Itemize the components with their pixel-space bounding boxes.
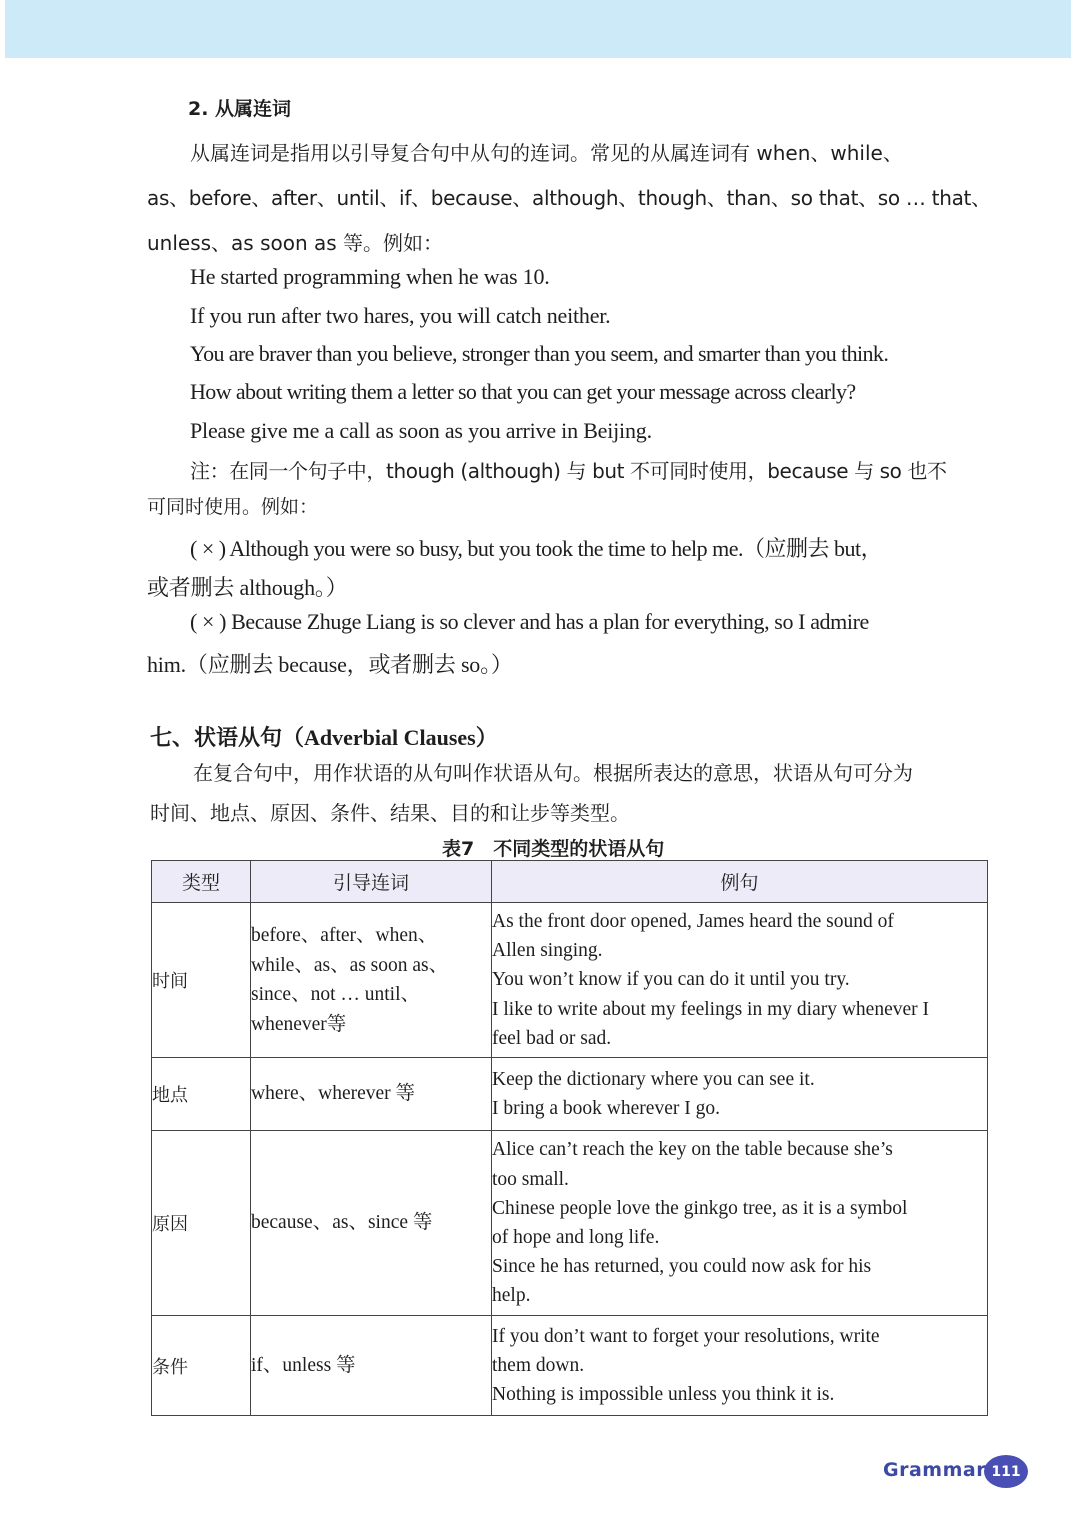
conjunction-line: since、not … until、 (251, 980, 491, 1010)
example-line: help. (492, 1281, 987, 1310)
example-sentence: If you run after two hares, you will cat… (190, 303, 611, 329)
table-header-row: 类型 引导连词 例句 (152, 861, 988, 903)
intro-line: unless、as soon as 等。例如： (147, 227, 443, 256)
example-sentence: Please give me a call as soon as you arr… (190, 418, 652, 444)
column-header-conjunctions: 引导连词 (251, 861, 492, 903)
table-row: 原因 because、as、since 等 Alice can’t reach … (152, 1131, 988, 1316)
examples-cell: Alice can’t reach the key on the table b… (492, 1131, 988, 1316)
intro-line: as、before、after、until、if、because、althoug… (147, 182, 991, 211)
example-sentence: How about writing them a letter so that … (190, 379, 856, 405)
conjunctions-cell: if、unless 等 (251, 1316, 492, 1416)
example-line: too small. (492, 1165, 987, 1194)
conjunctions-cell: where、wherever 等 (251, 1058, 492, 1131)
note-line: 可同时使用。例如： (147, 492, 318, 519)
example-line: Keep the dictionary where you can see it… (492, 1065, 987, 1094)
table-caption: 表7 不同类型的状语从句 (442, 834, 664, 861)
wrong-example-line: ( × ) Because Zhuge Liang is so clever a… (190, 609, 869, 635)
conjunctions-cell: before、after、when、 while、as、as soon as、 … (251, 903, 492, 1058)
intro-line: 在复合句中，用作状语的从句叫作状语从句。根据所表达的意思，状语从句可分为 (193, 757, 913, 786)
wrong-example-line: him.（应删去 because，或者删去 so。） (147, 648, 513, 679)
conjunction-line: before、after、when、 (251, 921, 491, 951)
examples-cell: Keep the dictionary where you can see it… (492, 1058, 988, 1131)
footer-section-label: Grammar (883, 1459, 986, 1481)
column-header-examples: 例句 (492, 861, 988, 903)
header-band (5, 0, 1071, 58)
example-line: I like to write about my feelings in my … (492, 995, 987, 1024)
conjunctions-cell: because、as、since 等 (251, 1131, 492, 1316)
adverbial-clauses-table: 类型 引导连词 例句 时间 before、after、when、 while、a… (151, 860, 988, 1416)
intro-line: 从属连词是指用以引导复合句中从句的连词。常见的从属连词有 when、while、 (190, 137, 903, 166)
example-line: them down. (492, 1351, 987, 1380)
intro-line: 时间、地点、原因、条件、结果、目的和让步等类型。 (150, 797, 630, 826)
section-title-subordinating-conjunctions: 2. 从属连词 (188, 94, 291, 121)
type-cell: 地点 (152, 1058, 251, 1131)
example-line: I bring a book wherever I go. (492, 1094, 987, 1123)
conjunction-line: whenever等 (251, 1010, 491, 1040)
conjunction-line: where、wherever 等 (251, 1079, 491, 1109)
example-line: Alice can’t reach the key on the table b… (492, 1135, 987, 1164)
example-line: Chinese people love the ginkgo tree, as … (492, 1194, 987, 1223)
examples-cell: If you don’t want to forget your resolut… (492, 1316, 988, 1416)
page-number-badge: 111 (984, 1455, 1028, 1488)
section-title-adverbial-clauses: 七、状语从句（Adverbial Clauses） (150, 721, 498, 752)
conjunction-line: while、as、as soon as、 (251, 951, 491, 981)
example-sentence: He started programming when he was 10. (190, 264, 550, 290)
type-cell: 原因 (152, 1131, 251, 1316)
example-line: Nothing is impossible unless you think i… (492, 1380, 987, 1409)
examples-cell: As the front door opened, James heard th… (492, 903, 988, 1058)
example-line: You won’t know if you can do it until yo… (492, 965, 987, 994)
example-line: Allen singing. (492, 936, 987, 965)
type-cell: 时间 (152, 903, 251, 1058)
conjunction-line: if、unless 等 (251, 1351, 491, 1381)
example-line: Since he has returned, you could now ask… (492, 1252, 987, 1281)
wrong-example-line: ( × ) Although you were so busy, but you… (190, 532, 882, 563)
conjunction-line: because、as、since 等 (251, 1208, 491, 1238)
example-line: If you don’t want to forget your resolut… (492, 1322, 987, 1351)
example-line: of hope and long life. (492, 1223, 987, 1252)
table-row: 地点 where、wherever 等 Keep the dictionary … (152, 1058, 988, 1131)
example-line: As the front door opened, James heard th… (492, 907, 987, 936)
type-cell: 条件 (152, 1316, 251, 1416)
table-row: 时间 before、after、when、 while、as、as soon a… (152, 903, 988, 1058)
example-sentence: You are braver than you believe, stronge… (190, 341, 888, 367)
example-line: feel bad or sad. (492, 1024, 987, 1053)
table-row: 条件 if、unless 等 If you don’t want to forg… (152, 1316, 988, 1416)
column-header-type: 类型 (152, 861, 251, 903)
wrong-example-line: 或者删去 although。） (147, 571, 348, 602)
note-line: 注：在同一个句子中，though (although) 与 but 不可同时使用… (190, 455, 947, 484)
